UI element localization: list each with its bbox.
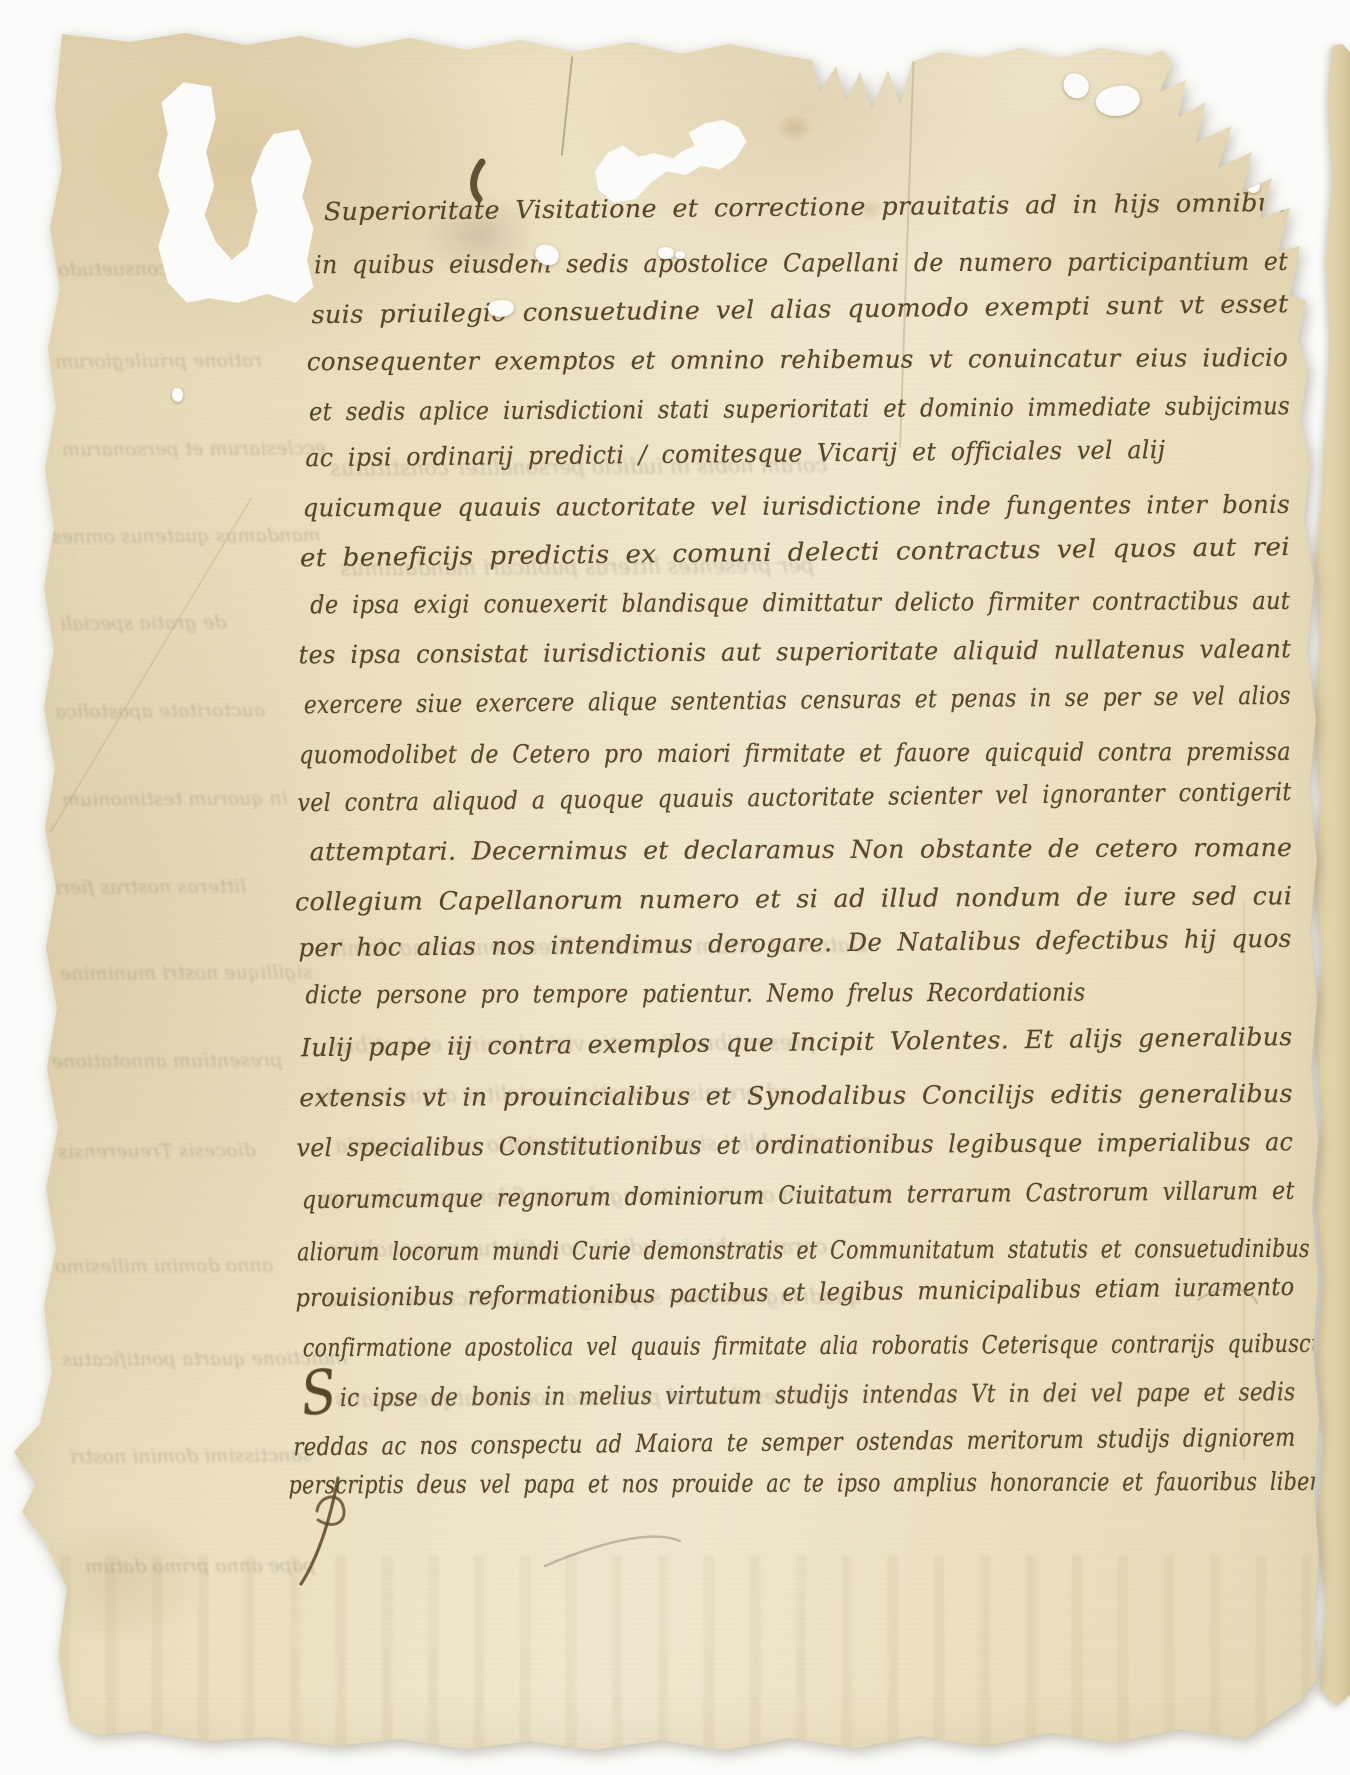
manuscript-line: vel contra aliquod a quoque quauis aucto…	[297, 777, 1291, 817]
manuscript-line: et sedis aplice iurisdictioni stati supe…	[309, 391, 1290, 426]
manuscript-line: exercere siue exercere alique sententias…	[304, 681, 1291, 719]
manuscript-line: Sic ipse de bonis in melius virtutum stu…	[301, 1377, 1295, 1412]
manuscript-line: tes ipsa consistat iurisdictionis aut su…	[298, 634, 1291, 669]
decorated-initial: S	[301, 1391, 336, 1396]
manuscript-line: Iulij pape iij contra exemplos que Incip…	[301, 1022, 1293, 1062]
manuscript-line-text: ic ipse de bonis in melius virtutum stud…	[340, 1377, 1296, 1412]
manuscript-line: per hoc alias nos intendimus derogare. D…	[298, 924, 1292, 963]
manuscript-line: vel specialibus Constitutionibus et ordi…	[296, 1127, 1293, 1162]
manuscript-line: consequenter exemptos et omnino rehibemu…	[307, 343, 1289, 376]
manuscript-line: quomodolibet de Cetero pro maiori firmit…	[299, 737, 1291, 769]
manuscript-line: suis priuilegio consuetudine vel alias q…	[311, 289, 1288, 329]
manuscript-line: aliorum locorum mundi Curie demonstratis…	[297, 1234, 1310, 1267]
manuscript-line: et beneficijs predictis ex comuni delect…	[300, 532, 1290, 572]
manuscript-line: quorumcumque regnorum dominiorum Ciuitat…	[302, 1176, 1295, 1215]
manuscript-line: perscriptis deus vel papa et nos prouide…	[289, 1466, 1350, 1499]
paper-hole	[675, 251, 685, 259]
ink-speckles	[1214, 50, 1244, 75]
manuscript-line: quicumque quauis auctoritate vel iurisdi…	[303, 490, 1290, 522]
manuscript-line: extensis vt in prouincialibus et Synodal…	[299, 1079, 1293, 1112]
manuscript-line: collegium Capellanorum numero et si ad i…	[295, 881, 1292, 916]
manuscript-sheet: quibus etiam consuetudoratione priuilegi…	[0, 0, 1350, 1775]
manuscript-line: de ipsa exigi conuexerit blandisque dimi…	[310, 586, 1290, 619]
paper-hole	[658, 247, 674, 259]
manuscript-line: attemptari. Decernimus et declaramus Non…	[310, 833, 1293, 866]
scanner-background: quibus etiam consuetudoratione priuilegi…	[0, 0, 1350, 1775]
paper-hole	[1246, 178, 1260, 193]
manuscript-line: reddas ac nos conspectu ad Maiora te sem…	[293, 1423, 1295, 1462]
paper-hole	[172, 388, 183, 402]
manuscript-line: in quibus eiusdem sedis apostolice Capel…	[314, 247, 1288, 279]
manuscript-line: ac ipsi ordinarij predicti / comitesque …	[305, 435, 1165, 472]
manuscript-line: confirmatione apostolica vel quauis firm…	[303, 1329, 1350, 1363]
manuscript-line: Superioritate Visitatione et correctione…	[324, 188, 1288, 226]
manuscript-line: prouisionibus reformationibus pactibus e…	[295, 1272, 1294, 1312]
manuscript-sheet-wrap: quibus etiam consuetudoratione priuilegi…	[0, 0, 1350, 1775]
manuscript-line: dicte persone pro tempore patientur. Nem…	[306, 978, 1086, 1010]
